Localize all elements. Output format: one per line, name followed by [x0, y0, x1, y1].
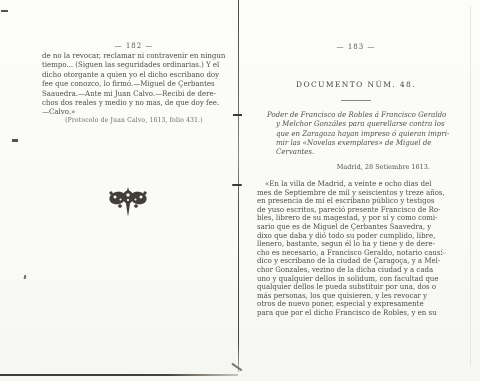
left-page-number: — 182 — [42, 42, 226, 50]
text-line: llenero, bastante, segun él lo ha y tien… [257, 240, 461, 249]
text-line: en presencia de mi el escribano público … [257, 197, 461, 206]
text-line: chos dos reales y medio y no mas, de que… [42, 99, 228, 108]
text-line: y Melchor Gonzáles para querellarse cont… [276, 120, 457, 129]
scan-speck [12, 139, 18, 142]
text-line: dixo que daba y dió todo su poder cumpli… [257, 232, 461, 241]
text-line: dico y escribano de la ciudad de Çaragoç… [257, 257, 461, 266]
scan-speck [1, 10, 8, 12]
text-line: «En la villa de Madrid, a veinte e ocho … [257, 180, 461, 189]
page-edge-shadow [470, 6, 471, 366]
text-line: Poder de Francisco de Robles á Francisco… [267, 111, 457, 120]
dateline: Madrid, 28 Setiembre 1613. [300, 163, 430, 171]
text-line: cho es necesario, a Francisco Geraldo, n… [257, 249, 461, 258]
document-heading: DOCUMENTO NÚM. 48. [256, 80, 456, 89]
gutter-tick-mark [233, 114, 242, 116]
text-line: fee que conozco, lo firmó.—Miguel de Çer… [42, 80, 228, 89]
text-line: bles, librero de su magestad, y por sí y… [257, 214, 461, 223]
right-page: — 183 — DOCUMENTO NÚM. 48. Poder de Fran… [240, 0, 480, 381]
left-page: — 182 — de no la revocar, reclamar ni co… [0, 0, 238, 381]
text-line: dicho otorgante a quien yo el dicho escr… [42, 71, 228, 80]
right-page-body: «En la villa de Madrid, a veinte e ocho … [257, 180, 461, 318]
text-line: uno y qualquier dellos in solidum, con f… [257, 275, 461, 284]
heading-rule [341, 100, 371, 101]
scan-speck [441, 252, 446, 254]
text-line: Cervantes. [276, 148, 457, 157]
text-line: de no la revocar, reclamar ni contraveni… [42, 52, 228, 61]
left-page-body: de no la revocar, reclamar ni contraveni… [42, 52, 228, 118]
text-line: otros de nuevo poner, especial y expresa… [257, 300, 461, 309]
text-line: sario que es de Miguel de Çerbantes Saav… [257, 223, 461, 232]
right-page-number: — 183 — [256, 43, 456, 51]
text-line: tiempo... (Siguen las seguridades ordina… [42, 61, 228, 70]
text-line: más personas, los que quisieren, y les r… [257, 292, 461, 301]
text-line: para que por el dicho Francisco de Roble… [257, 309, 461, 318]
book-scan: — 182 — de no la revocar, reclamar ni co… [0, 0, 480, 381]
text-line: mes de Septiembre de mil y seiscientos y… [257, 189, 461, 198]
left-page-citation: (Protocolo de Juan Calvo, 1613, folio 43… [42, 117, 226, 124]
text-line: de yuso escritos, pareció presente Franc… [257, 206, 461, 215]
text-line: que en Zaragoza hayan impreso ó quieran … [276, 130, 457, 139]
document-summary: Poder de Francisco de Robles á Francisco… [267, 111, 457, 157]
text-line: qualquier dellos le pueda substituir por… [257, 283, 461, 292]
gutter-fold-line [238, 0, 239, 372]
text-line: chor Gonzales, vezino de la dicha ciudad… [257, 266, 461, 275]
text-line: Saauedra.—Ante mi Juan Calvo.—Recibi de … [42, 90, 228, 99]
page-bottom-edge-line [0, 374, 238, 376]
text-line: mir las «Novelas exemplares» de Miguel d… [276, 139, 457, 148]
gutter-tick-mark [232, 184, 242, 186]
fleuron-ornament-icon [106, 186, 150, 222]
